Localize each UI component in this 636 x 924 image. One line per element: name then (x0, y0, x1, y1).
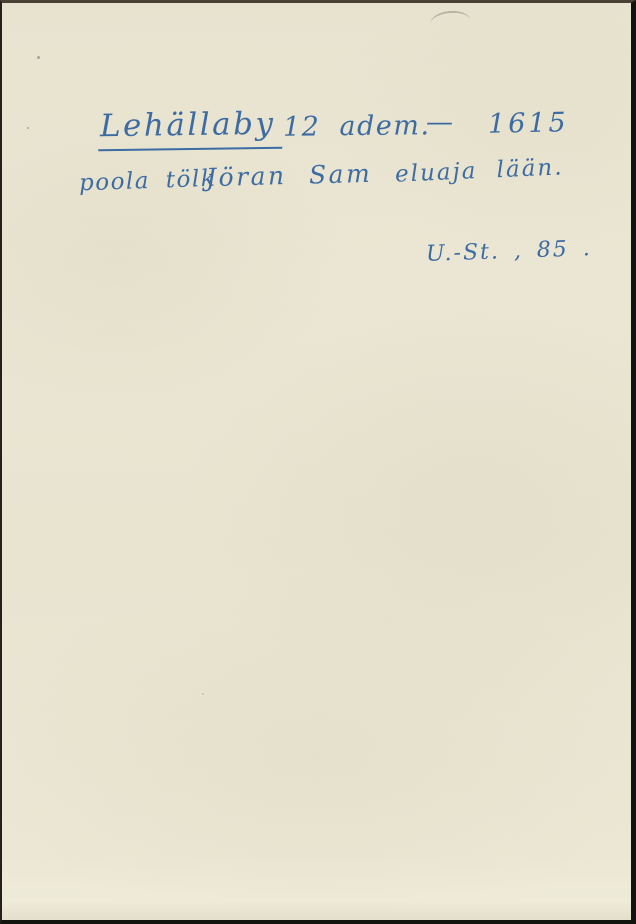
scanned-document-page: Lehällaby 12 adem. — 1615 poola tölk Jör… (0, 0, 636, 924)
pencil-squiggle-mark (430, 9, 471, 23)
assessment-text: 12 adem. (283, 110, 431, 143)
place-name-underlined: Lehällaby (98, 106, 282, 152)
dash-mark: — (426, 107, 455, 138)
paper-speck (202, 693, 204, 695)
line2-left-text: poola tölk (79, 166, 217, 197)
year-text: 1615 (488, 107, 569, 139)
paper-speck (37, 56, 40, 59)
line2-right-text: eluaja lään. (395, 154, 565, 187)
archive-reference-text: U.-St. , 85 . (426, 236, 593, 267)
line2-person-name: Jöran Sam (206, 159, 373, 192)
paper-speck (27, 127, 29, 129)
